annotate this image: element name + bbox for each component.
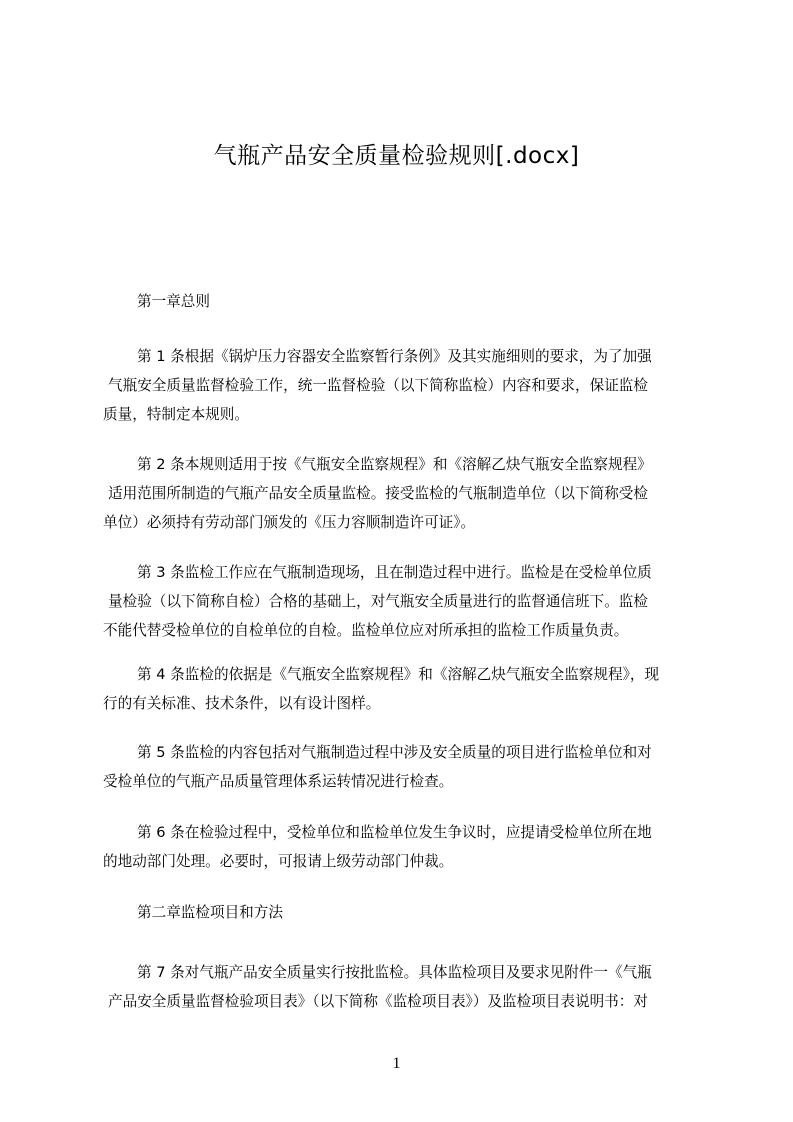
page-number: 1: [0, 1052, 793, 1076]
article-1-line-1: 第 1 条根据《锅炉压力容器安全监察暂行条例》及其实施细则的要求，为了加强: [103, 342, 711, 371]
document-page: 气瓶产品安全质量检验规则[.docx] 第一章总则 第 1 条根据《锅炉压力容器…: [0, 0, 793, 1122]
article-6-line-2: 的地动部门处理。必要时，可报请上级劳动部门仲裁。: [103, 847, 711, 876]
article-7-line-2: 产品安全质量监督检验项目表》（以下简称《监检项目表》）及监检项目表说明书：对: [103, 987, 711, 1016]
article-7: 第 7 条对气瓶产品安全质量实行按批监检。具体监检项目及要求见附件一《气瓶 产品…: [103, 958, 711, 1016]
article-4-line-2: 行的有关标准、技术条件，以有设计图样。: [103, 689, 711, 718]
article-2: 第 2 条本规则适用于按《气瓶安全监察规程》和《溶解乙炔气瓶安全监察规程》 适用…: [103, 450, 711, 537]
article-6-line-1: 第 6 条在检验过程中，受检单位和监检单位发生争议时，应提请受检单位所在地: [103, 818, 711, 847]
article-1-line-2: 气瓶安全质量监督检验工作，统一监督检验（以下简称监检）内容和要求，保证监检: [103, 371, 711, 400]
article-7-line-1: 第 7 条对气瓶产品安全质量实行按批监检。具体监检项目及要求见附件一《气瓶: [103, 958, 711, 987]
article-4-line-1: 第 4 条监检的依据是《气瓶安全监察规程》和《溶解乙炔气瓶安全监察规程》，现: [103, 660, 711, 689]
article-5-line-1: 第 5 条监检的内容包括对气瓶制造过程中涉及安全质量的项目进行监检单位和对: [103, 738, 711, 767]
article-6: 第 6 条在检验过程中，受检单位和监检单位发生争议时，应提请受检单位所在地 的地…: [103, 818, 711, 876]
chapter-heading-2: 第二章监检项目和方法: [103, 898, 711, 927]
document-title: 气瓶产品安全质量检验规则[.docx]: [0, 138, 793, 174]
article-3-line-1: 第 3 条监检工作应在气瓶制造现场，且在制造过程中进行。监检是在受检单位质: [103, 558, 711, 587]
article-5: 第 5 条监检的内容包括对气瓶制造过程中涉及安全质量的项目进行监检单位和对 受检…: [103, 738, 711, 796]
article-4: 第 4 条监检的依据是《气瓶安全监察规程》和《溶解乙炔气瓶安全监察规程》，现 行…: [103, 660, 711, 718]
article-3-line-2: 量检验（以下简称自检）合格的基础上，对气瓶安全质量进行的监督通信班下。监检: [103, 587, 711, 616]
article-2-line-1: 第 2 条本规则适用于按《气瓶安全监察规程》和《溶解乙炔气瓶安全监察规程》: [103, 450, 711, 479]
article-3: 第 3 条监检工作应在气瓶制造现场，且在制造过程中进行。监检是在受检单位质 量检…: [103, 558, 711, 645]
article-5-line-2: 受检单位的气瓶产品质量管理体系运转情况进行检查。: [103, 767, 711, 796]
article-1: 第 1 条根据《锅炉压力容器安全监察暂行条例》及其实施细则的要求，为了加强 气瓶…: [103, 342, 711, 429]
article-2-line-2: 适用范围所制造的气瓶产品安全质量监检。接受监检的气瓶制造单位（以下简称受检: [103, 479, 711, 508]
chapter-heading-1: 第一章总则: [103, 287, 711, 316]
article-2-line-3: 单位）必须持有劳动部门颁发的《压力容顺制造许可证》。: [103, 508, 711, 537]
article-3-line-3: 不能代替受检单位的自检单位的自检。监检单位应对所承担的监检工作质量负责。: [103, 616, 711, 645]
article-1-line-3: 质量，特制定本规则。: [103, 400, 711, 429]
